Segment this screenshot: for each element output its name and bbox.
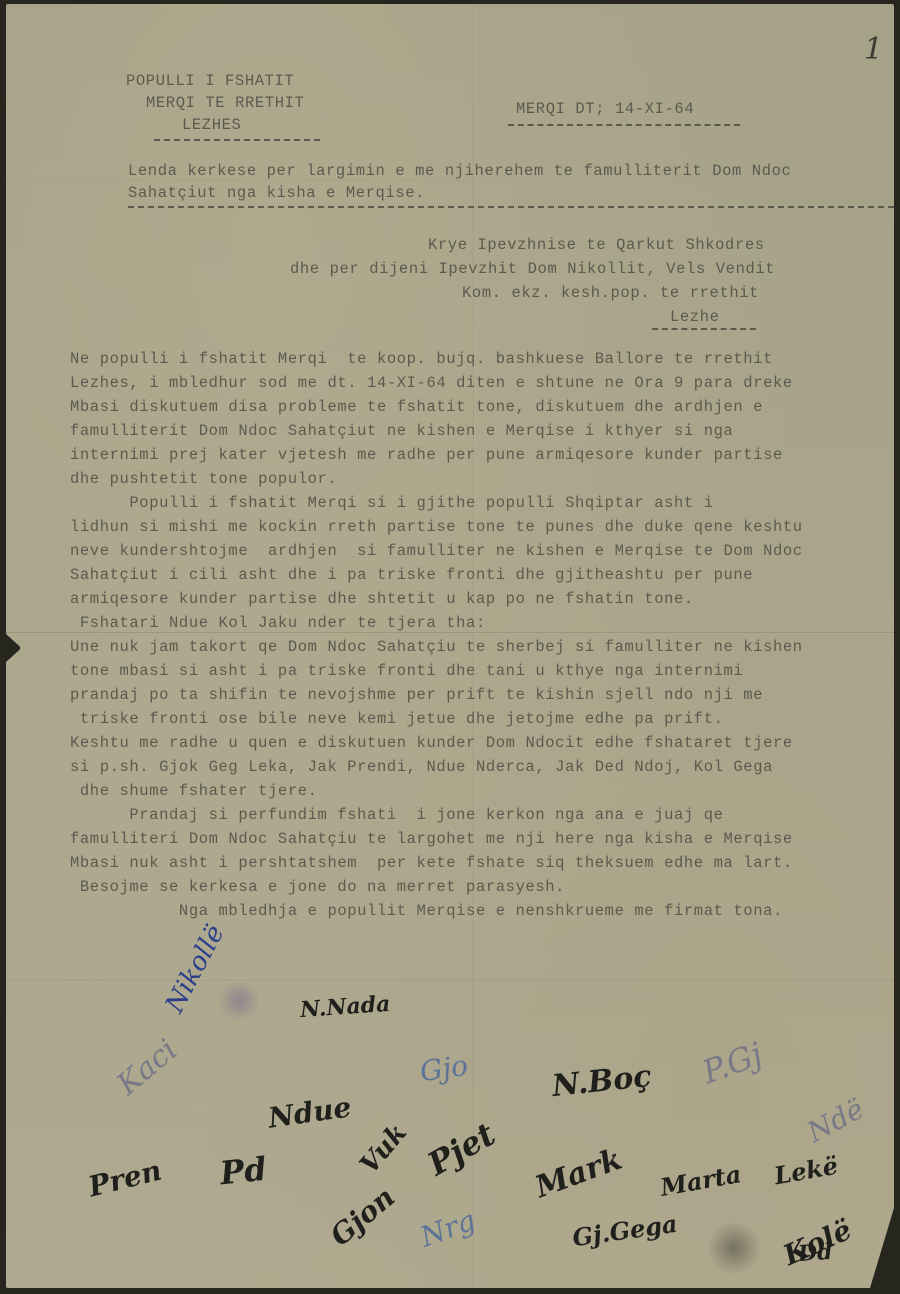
signature: Gj.Gega [570,1209,679,1252]
body-line: Prandaj si perfundim fshati i jone kerko… [70,806,724,824]
paper-tear [6,634,20,662]
body-line: dhe pushtetit tone populor. [70,470,337,488]
date-underline [508,124,740,126]
fold-crease [6,632,894,634]
body-line: Ne populli i fshatit Merqi te koop. bujq… [70,350,773,368]
body-line: Nga mbledhja e popullit Merqise e nenshk… [70,902,783,920]
signature: Marta [658,1159,743,1202]
signature: Nrg [416,1203,480,1253]
body-line: prandaj po ta shifin te nevojshme per pr… [70,686,763,704]
body-line: Lezhes, i mbledhur sod me dt. 14-XI-64 d… [70,374,793,392]
scanned-document: 1 POPULLI I FSHATIT MERQI TE RRETHIT LEZ… [0,0,900,1294]
paper-corner-missing [870,1208,894,1288]
recipient-line-3: Kom. ekz. kesh.pop. te rrethit [462,284,759,302]
body-line: famulliteri Dom Ndoc Sahatçiu te largohe… [70,830,793,848]
body-line: Populli i fshatit Merqi si i gjithe popu… [70,494,714,512]
recipient-line-4: Lezhe [670,308,720,326]
sender-underline [154,139,320,141]
body-line: Keshtu me radhe u quen e diskutuen kunde… [70,734,793,752]
signature: Mark [531,1142,627,1205]
body-line: Une nuk jam takort qe Dom Ndoc Sahatçiu … [70,638,803,656]
subject-line-1: Lenda kerkese per largimin e me njihereh… [128,162,791,180]
recipient-line-1: Krye Ipevzhnise te Qarkut Shkodres [428,236,765,254]
paper-sheet: 1 POPULLI I FSHATIT MERQI TE RRETHIT LEZ… [6,4,894,1288]
fold-crease [6,980,894,982]
body-line: Sahatçiut i cili asht dhe i pa triske fr… [70,566,753,584]
body-line: internimi prej kater vjetesh me radhe pe… [70,446,783,464]
signature: Lekë [772,1151,840,1191]
body-line: armiqesore kunder partise dhe shtetit u … [70,590,694,608]
sender-line-3: LEZHES [182,116,241,134]
page-number: 1 [864,32,883,67]
body-line: Mbasi diskutuem disa probleme te fshatit… [70,398,763,416]
body-line: Fshatari Ndue Kol Jaku nder te tjera tha… [70,614,486,632]
sender-line-2: MERQI TE RRETHIT [146,94,304,112]
body-line: triske fronti ose bile neve kemi jetue d… [70,710,724,728]
subject-underline [128,206,894,208]
signature: Pd [218,1150,268,1193]
signature: N.Nada [299,991,391,1023]
body-line: neve kundershtojme ardhjen si famulliter… [70,542,803,560]
signature: Vuk [354,1118,413,1180]
sender-line-1: POPULLI I FSHATIT [126,72,294,90]
signature: Gjon [324,1180,401,1252]
body-line: tone mbasi si asht i pa triske fronti dh… [70,662,743,680]
signature: Dd [797,1239,833,1267]
body-line: Mbasi nuk asht i pershtatshem per kete f… [70,854,793,872]
place-date: MERQI DT; 14-XI-64 [516,100,694,118]
recipient-underline [652,328,756,330]
ink-stain [216,982,262,1020]
recipient-line-2: dhe per dijeni Ipevzhit Dom Nikollit, Ve… [290,260,775,278]
signature: Pjet [421,1115,501,1183]
signature: Gjo [418,1049,470,1088]
subject-line-2: Sahatçiut nga kisha e Merqise. [128,184,425,202]
signature: Kaci [111,1033,185,1103]
body-line: si p.sh. Gjok Geg Leka, Jak Prendi, Ndue… [70,758,773,776]
body-line: famulliterit Dom Ndoc Sahatçiut ne kishe… [70,422,733,440]
signature: Ndë [802,1092,870,1149]
body-line: lidhun si mishi me kockin rreth partise … [70,518,803,536]
body-line: Besojme se kerkesa e jone do na merret p… [70,878,565,896]
ink-stain [706,1222,762,1274]
fold-crease [6,180,894,182]
signature: Ndue [266,1090,353,1134]
body-line: dhe shume fshater tjere. [70,782,318,800]
signature: P.Gj [697,1035,767,1091]
signature: N.Boç [550,1059,653,1104]
signature: Pren [85,1154,165,1204]
